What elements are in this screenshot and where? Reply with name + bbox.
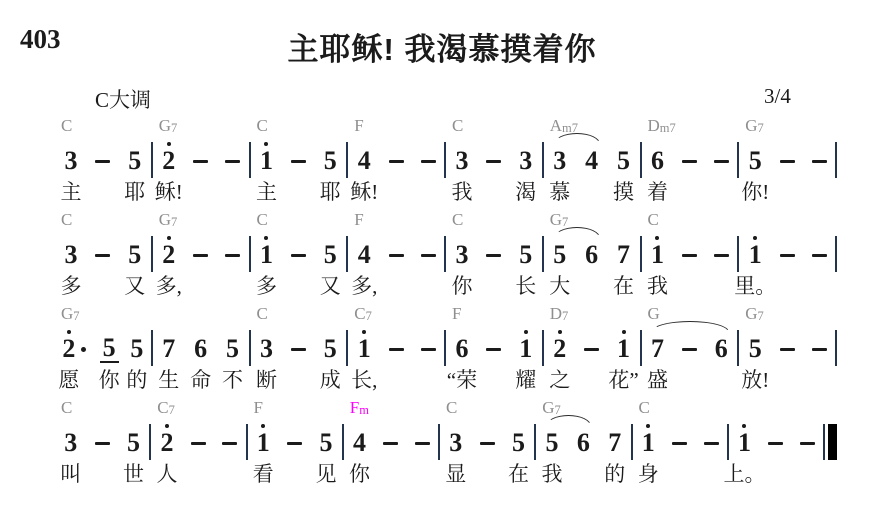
digit-row: 5 <box>553 241 566 269</box>
duration-dash <box>780 160 795 163</box>
note-cell: 3你 <box>446 232 478 299</box>
chord-symbol: C <box>257 304 268 324</box>
digit-row: 5 <box>519 241 532 269</box>
note-digit: 1 <box>519 336 532 362</box>
digit-row <box>421 335 436 363</box>
duration-dash <box>714 254 729 257</box>
note-digit: 6 <box>577 430 590 456</box>
duration-dash <box>389 160 404 163</box>
note-cell: 7生 <box>153 326 185 393</box>
lyric <box>230 273 235 299</box>
digit-row: 5 <box>130 335 143 363</box>
note-cells: 2多, <box>153 232 249 299</box>
note-cell: 1看 <box>248 420 279 487</box>
note-digit: 2 <box>62 336 75 362</box>
chord-symbol: C <box>648 210 659 230</box>
note-cell: 6 <box>576 232 608 299</box>
digit-row: 3 <box>260 335 273 363</box>
lyric <box>196 461 201 487</box>
note-digit: 3 <box>64 242 77 268</box>
lyric <box>581 461 586 487</box>
note-digit: 4 <box>585 148 598 174</box>
duration-dash <box>584 348 599 351</box>
lyric: 渴 <box>515 179 536 205</box>
note-cells: 4稣! <box>348 138 444 205</box>
dash-cell <box>803 326 835 393</box>
digit-row: 5 <box>324 241 337 269</box>
note-digit: 1 <box>257 430 270 456</box>
digit-row <box>291 241 306 269</box>
chord-root: G <box>159 210 171 229</box>
chord-root: C <box>452 210 463 229</box>
final-barline-thin <box>823 424 825 460</box>
note-cell: 3显 <box>440 420 471 487</box>
lyric: 叫 <box>60 461 81 487</box>
note-digit: 6 <box>585 242 598 268</box>
digit-row: 7 <box>162 335 175 363</box>
digit-row: 5 <box>512 429 525 457</box>
measure: C3断 5成 <box>251 304 347 393</box>
dash-cell <box>673 326 705 393</box>
dash-cell <box>380 326 412 393</box>
chord-root: F <box>452 304 461 323</box>
duration-dash <box>672 442 687 445</box>
chord-root: C <box>157 398 168 417</box>
digit-row: 3 <box>449 429 462 457</box>
lyric: 长, <box>351 367 377 393</box>
measure: C3叫 5世 <box>55 398 149 487</box>
chord-root: C <box>452 116 463 135</box>
note-digit: 6 <box>455 336 468 362</box>
note-cell: 1多 <box>251 232 283 299</box>
duration-dash <box>291 348 306 351</box>
dash-cell <box>705 138 737 205</box>
hymn-sheet-page: 403 主耶稣! 我渴慕摸着你 C大调 3/4 C3主 5耶G72稣! C1主 … <box>0 0 884 516</box>
duration-dash <box>225 160 240 163</box>
digit-row: 3 <box>519 147 532 175</box>
digit-row <box>95 147 110 175</box>
lyric <box>687 273 692 299</box>
dash-cell <box>214 420 245 487</box>
digit-row: 5 <box>100 335 119 363</box>
digit-row: 6 <box>194 335 207 363</box>
digit-row: 4 <box>358 147 371 175</box>
lyric <box>589 273 594 299</box>
note-cell: 5见 <box>310 420 341 487</box>
note-cell: 5又 <box>314 232 346 299</box>
lyric <box>425 367 430 393</box>
chord-root: C <box>61 398 72 417</box>
duration-dash <box>780 348 795 351</box>
lyric <box>198 273 203 299</box>
note-digit: 6 <box>715 336 728 362</box>
lyric: 在 <box>613 273 634 299</box>
note-cell: 5你 <box>95 326 123 393</box>
digit-row <box>222 429 237 457</box>
note-cell: 4多, <box>348 232 380 299</box>
end-barline <box>835 142 837 178</box>
duration-dash <box>95 442 110 445</box>
digit-row <box>780 241 795 269</box>
lyric <box>198 179 203 205</box>
lyric <box>491 273 496 299</box>
lyric <box>491 367 496 393</box>
note-digit: 2 <box>162 148 175 174</box>
measure: G72多, <box>153 210 249 299</box>
chord-root: D <box>648 116 660 135</box>
chord-symbol: F <box>254 398 263 418</box>
digit-row <box>480 429 495 457</box>
note-digit: 5 <box>226 336 239 362</box>
lyric: 见 <box>316 461 337 487</box>
lyric <box>708 461 713 487</box>
digit-row <box>704 429 719 457</box>
measure: C3多 5又 <box>55 210 151 299</box>
lyric: 你 <box>99 367 120 393</box>
lyric: 主 <box>60 179 81 205</box>
lyric: 着 <box>647 179 668 205</box>
digit-row: 3 <box>455 147 468 175</box>
digit-row: 2 <box>160 429 173 457</box>
digit-row: 6 <box>455 335 468 363</box>
note-cell: 5大 <box>544 232 576 299</box>
digit-row: 1 <box>738 429 751 457</box>
note-cells: 3主 5耶 <box>55 138 151 205</box>
digit-row: 2 <box>62 335 75 363</box>
digit-row <box>780 335 795 363</box>
chord-suffix: 7 <box>562 309 568 323</box>
chord-symbol: C <box>639 398 650 418</box>
note-digit: 5 <box>512 430 525 456</box>
note-cells: 6着 <box>642 138 738 205</box>
measure: C71长, <box>348 304 444 393</box>
dash-cell <box>375 420 406 487</box>
duration-dash <box>486 254 501 257</box>
note-digit: 5 <box>617 148 630 174</box>
note-digit: 5 <box>130 336 143 362</box>
measure: G75大6 7在 <box>544 210 640 299</box>
note-cell: 2愿 <box>55 326 83 393</box>
measure: C1我 <box>642 210 738 299</box>
lyric <box>296 367 301 393</box>
digit-row: 5 <box>749 147 762 175</box>
note-cell: 6命 <box>185 326 217 393</box>
dash-cell <box>412 326 444 393</box>
note-digit: 4 <box>358 148 371 174</box>
note-cells: 5我6 7的 <box>536 420 630 487</box>
dash-cell <box>792 420 823 487</box>
note-cells: 4你 <box>344 420 438 487</box>
note-digit: 4 <box>353 430 366 456</box>
digit-row: 7 <box>608 429 621 457</box>
note-digit: 7 <box>617 242 630 268</box>
lyric: 多 <box>60 273 81 299</box>
measure: C3主 5耶 <box>55 116 151 205</box>
digit-row <box>86 335 91 363</box>
note-cells: 1看 5见 <box>248 420 342 487</box>
lyric <box>394 367 399 393</box>
note-cell: 2之 <box>544 326 576 393</box>
duration-dash <box>780 254 795 257</box>
digit-row: 5 <box>545 429 558 457</box>
chord-root: F <box>350 398 359 417</box>
duration-dash <box>95 254 110 257</box>
duration-dash <box>95 160 110 163</box>
dash-cell <box>478 138 510 205</box>
note-cell: 5成 <box>314 326 346 393</box>
lyric <box>485 461 490 487</box>
measure: 1里。 <box>739 210 835 299</box>
dash-cell <box>664 420 695 487</box>
dash-cell <box>478 232 510 299</box>
note-cells: 5你! <box>739 138 835 205</box>
lyric: 我 <box>647 273 668 299</box>
lyric: 盛 <box>647 367 668 393</box>
dash-cell <box>185 232 217 299</box>
dash-cell <box>282 326 314 393</box>
duration-dash <box>415 442 430 445</box>
lyric: 生 <box>158 367 179 393</box>
digit-row: 3 <box>455 241 468 269</box>
note-cell: 2人 <box>151 420 182 487</box>
page-title: 主耶稣! 我渴慕摸着你 <box>0 24 884 69</box>
chord-root: A <box>550 116 562 135</box>
duration-dash <box>421 348 436 351</box>
duration-dash <box>768 442 783 445</box>
note-cell: 6 <box>705 326 737 393</box>
digit-row <box>682 335 697 363</box>
digit-row: 5 <box>128 241 141 269</box>
digit-row: 6 <box>585 241 598 269</box>
chord-suffix: 7 <box>171 215 177 229</box>
digit-row: 1 <box>519 335 532 363</box>
lyric <box>785 273 790 299</box>
lyric <box>292 461 297 487</box>
note-digit: 5 <box>127 430 140 456</box>
note-cell: 5摸 <box>608 138 640 205</box>
chord-root: C <box>639 398 650 417</box>
note-digit: 7 <box>608 430 621 456</box>
note-digit: 3 <box>449 430 462 456</box>
lyric: 里。 <box>734 273 776 299</box>
note-digit: 2 <box>160 430 173 456</box>
note-cell: 1花” <box>608 326 640 393</box>
lyric: 成 <box>320 367 341 393</box>
dash-cell <box>760 420 791 487</box>
measure: C3我 3渴 <box>446 116 542 205</box>
lyric <box>719 273 724 299</box>
note-cell: 7的 <box>599 420 630 487</box>
note-cells: 3我 3渴 <box>446 138 542 205</box>
lyric: 之 <box>549 367 570 393</box>
digit-row: 5 <box>226 335 239 363</box>
digit-row <box>191 429 206 457</box>
chord-root: G <box>648 304 660 323</box>
dash-cell <box>183 420 214 487</box>
dash-cell <box>87 138 119 205</box>
chord-symbol: C <box>61 398 72 418</box>
note-cell: 6着 <box>642 138 674 205</box>
note-cell: 3我 <box>446 138 478 205</box>
dash-cell <box>282 138 314 205</box>
note-cell: 1我 <box>642 232 674 299</box>
note-cell: 3主 <box>55 138 87 205</box>
chord-symbol: G <box>648 304 660 324</box>
chord-symbol: F <box>452 304 461 324</box>
digit-row <box>584 335 599 363</box>
duration-dash <box>682 254 697 257</box>
note-digit: 3 <box>64 148 77 174</box>
note-cell: 1主 <box>251 138 283 205</box>
score-line-4: C3叫 5世C72人 F1看 5见Fm4你 C3显 5在G75我6 7的C1身 … <box>55 398 837 490</box>
note-digit: 1 <box>749 242 762 268</box>
score: C3主 5耶G72稣! C1主 5耶F4稣! C3我 3渴Am73慕4 5摸Dm… <box>55 116 837 492</box>
digit-row <box>383 429 398 457</box>
chord-symbol: C <box>452 116 463 136</box>
lyric: 大 <box>549 273 570 299</box>
note-cell: 7盛 <box>642 326 674 393</box>
measure: Fm4你 <box>344 398 438 487</box>
measure: G72稣! <box>153 116 249 205</box>
note-digit: 3 <box>64 430 77 456</box>
digit-row: 2 <box>162 147 175 175</box>
digit-row <box>714 147 729 175</box>
digit-row <box>682 241 697 269</box>
dash-cell <box>86 420 117 487</box>
note-cell: 6 <box>568 420 599 487</box>
lyric: 慕 <box>549 179 570 205</box>
note-digit: 5 <box>320 430 333 456</box>
note-cell: 5我 <box>536 420 567 487</box>
chord-suffix: 7 <box>758 121 764 135</box>
note-cell: 1耀 <box>510 326 542 393</box>
digit-row: 6 <box>651 147 664 175</box>
note-cells: 5大6 7在 <box>544 232 640 299</box>
lyric <box>491 179 496 205</box>
chord-symbol: C <box>61 210 72 230</box>
duration-dash <box>486 160 501 163</box>
lyric <box>100 273 105 299</box>
digit-row <box>486 335 501 363</box>
lyric: 主 <box>256 179 277 205</box>
note-cells: 1里。 <box>739 232 835 299</box>
duration-dash <box>222 442 237 445</box>
lyric: 稣! <box>350 179 378 205</box>
note-digit: 5 <box>519 242 532 268</box>
digit-row: 6 <box>715 335 728 363</box>
lyric <box>227 461 232 487</box>
note-digit: 5 <box>324 148 337 174</box>
note-cells: 3慕4 5摸 <box>544 138 640 205</box>
note-digit: 4 <box>358 242 371 268</box>
lyric: 在 <box>508 461 529 487</box>
lyric <box>296 273 301 299</box>
note-cell: 4你 <box>344 420 375 487</box>
dash-cell <box>771 138 803 205</box>
note-cell: 7在 <box>608 232 640 299</box>
note-digit: 5 <box>545 430 558 456</box>
lyric <box>589 367 594 393</box>
digit-row: 4 <box>358 241 371 269</box>
lyric: 世 <box>123 461 144 487</box>
duration-dash <box>682 348 697 351</box>
measure: C72人 <box>151 398 245 487</box>
chord-symbol: C <box>257 116 268 136</box>
dash-cell <box>87 232 119 299</box>
lyric <box>388 461 393 487</box>
note-digit: 1 <box>642 430 655 456</box>
note-digit: 7 <box>162 336 175 362</box>
dash-cell <box>673 138 705 205</box>
measure: 1上。 <box>729 398 823 487</box>
dot-cell <box>83 326 95 393</box>
note-cells: 7生6命5不 <box>153 326 249 393</box>
measure: C3显 5在 <box>440 398 534 487</box>
chord-root: G <box>542 398 554 417</box>
digit-row <box>287 429 302 457</box>
duration-dash <box>812 348 827 351</box>
time-signature: 3/4 <box>764 84 791 109</box>
duration-dash <box>389 254 404 257</box>
lyric: 花” <box>608 367 638 393</box>
duration-dash <box>291 254 306 257</box>
note-cells: 1主 5耶 <box>251 138 347 205</box>
note-digit: 3 <box>553 148 566 174</box>
lyric <box>677 461 682 487</box>
measure: C1主 5耶 <box>251 116 347 205</box>
lyric: 多, <box>156 273 182 299</box>
lyric <box>785 367 790 393</box>
digit-row: 4 <box>353 429 366 457</box>
dash-cell <box>478 326 510 393</box>
digit-row: 5 <box>320 429 333 457</box>
end-barline <box>835 236 837 272</box>
digit-row: 3 <box>64 241 77 269</box>
note-cell: 4 <box>576 138 608 205</box>
duration-dash <box>291 160 306 163</box>
chord-symbol: G7 <box>745 304 764 325</box>
chord-suffix: 7 <box>758 309 764 323</box>
note-cells: 2人 <box>151 420 245 487</box>
measure: Am73慕4 5摸 <box>544 116 640 205</box>
lyric: 断 <box>256 367 277 393</box>
lyric: “荣 <box>447 367 477 393</box>
augmentation-dot <box>81 347 86 352</box>
lyric <box>296 179 301 205</box>
note-digit: 2 <box>162 242 175 268</box>
chord-root: G <box>550 210 562 229</box>
digit-row <box>225 147 240 175</box>
lyric: 摸 <box>613 179 634 205</box>
duration-dash <box>682 160 697 163</box>
dash-cell <box>380 138 412 205</box>
digit-row <box>812 147 827 175</box>
chord-symbol: C7 <box>157 398 175 419</box>
note-cell: 3断 <box>251 326 283 393</box>
chord-suffix: 7 <box>169 403 175 417</box>
lyric <box>589 179 594 205</box>
note-cells: 1我 <box>642 232 738 299</box>
digit-row <box>672 429 687 457</box>
chord-symbol: F <box>354 210 363 230</box>
lyric: 耀 <box>515 367 536 393</box>
chord-root: C <box>257 210 268 229</box>
score-line-2: C3多 5又G72多, C1多 5又F4多, C3你 5长G75大6 7在C1我… <box>55 210 837 302</box>
digit-row <box>768 429 783 457</box>
digit-row <box>95 429 110 457</box>
lyric: 身 <box>638 461 659 487</box>
chord-symbol: G7 <box>159 210 178 231</box>
